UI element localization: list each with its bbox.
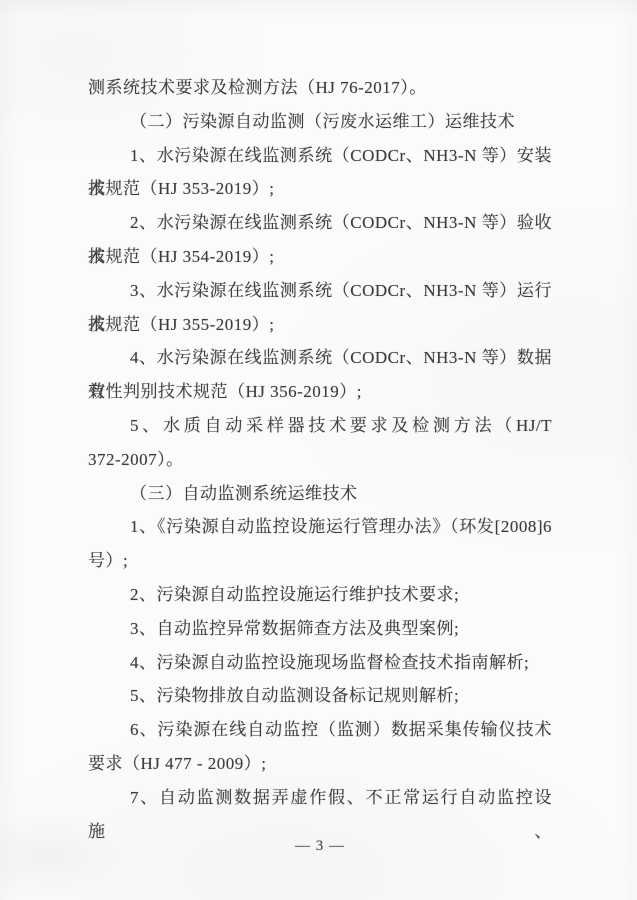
text-line: 6、污染源在线自动监控（监测）数据采集传输仪技术 xyxy=(88,713,552,747)
text-line: 术规范（HJ 353-2019）; xyxy=(88,172,552,206)
text-line: 2、污染源自动监控设施运行维护技术要求; xyxy=(88,578,552,612)
text-line: 1、《污染源自动监控设施运行管理办法》（环发[2008]6 xyxy=(88,510,552,544)
text-line: 术规范（HJ 355-2019）; xyxy=(88,308,552,342)
text-line: 1、水污染源在线监测系统（CODCr、NH3-N 等）安装技 xyxy=(88,139,552,173)
text-line: 7、自动监测数据弄虚作假、不正常运行自动监控设施、 xyxy=(88,781,552,815)
section-heading: （二）污染源自动监测（污废水运维工）运维技术 xyxy=(88,105,552,139)
text-line: 号）; xyxy=(88,544,552,578)
scanned-document-page: 测系统技术要求及检测方法（HJ 76-2017）。 （二）污染源自动监测（污废水… xyxy=(0,0,637,900)
text-line: 4、水污染源在线监测系统（CODCr、NH3-N 等）数据有 xyxy=(88,341,552,375)
document-body-text: 测系统技术要求及检测方法（HJ 76-2017）。 （二）污染源自动监测（污废水… xyxy=(88,71,552,815)
text-line: 术规范（HJ 354-2019）; xyxy=(88,240,552,274)
text-line: 测系统技术要求及检测方法（HJ 76-2017）。 xyxy=(88,71,552,105)
page-number: — 3 — xyxy=(88,829,552,863)
text-line: 3、水污染源在线监测系统（CODCr、NH3-N 等）运行技 xyxy=(88,274,552,308)
text-line: 5、水质自动采样器技术要求及检测方法（HJ/T xyxy=(88,409,552,443)
text-line: 效性判别技术规范（HJ 356-2019）; xyxy=(88,375,552,409)
text-line: 要求（HJ 477 - 2009）; xyxy=(88,747,552,781)
section-heading: （三）自动监测系统运维技术 xyxy=(88,477,552,511)
text-line: 4、污染源自动监控设施现场监督检查技术指南解析; xyxy=(88,646,552,680)
text-line: 3、自动监控异常数据筛查方法及典型案例; xyxy=(88,612,552,646)
text-line: 2、水污染源在线监测系统（CODCr、NH3-N 等）验收技 xyxy=(88,206,552,240)
text-line: 372-2007）。 xyxy=(88,443,552,477)
text-line: 5、污染物排放自动监测设备标记规则解析; xyxy=(88,679,552,713)
